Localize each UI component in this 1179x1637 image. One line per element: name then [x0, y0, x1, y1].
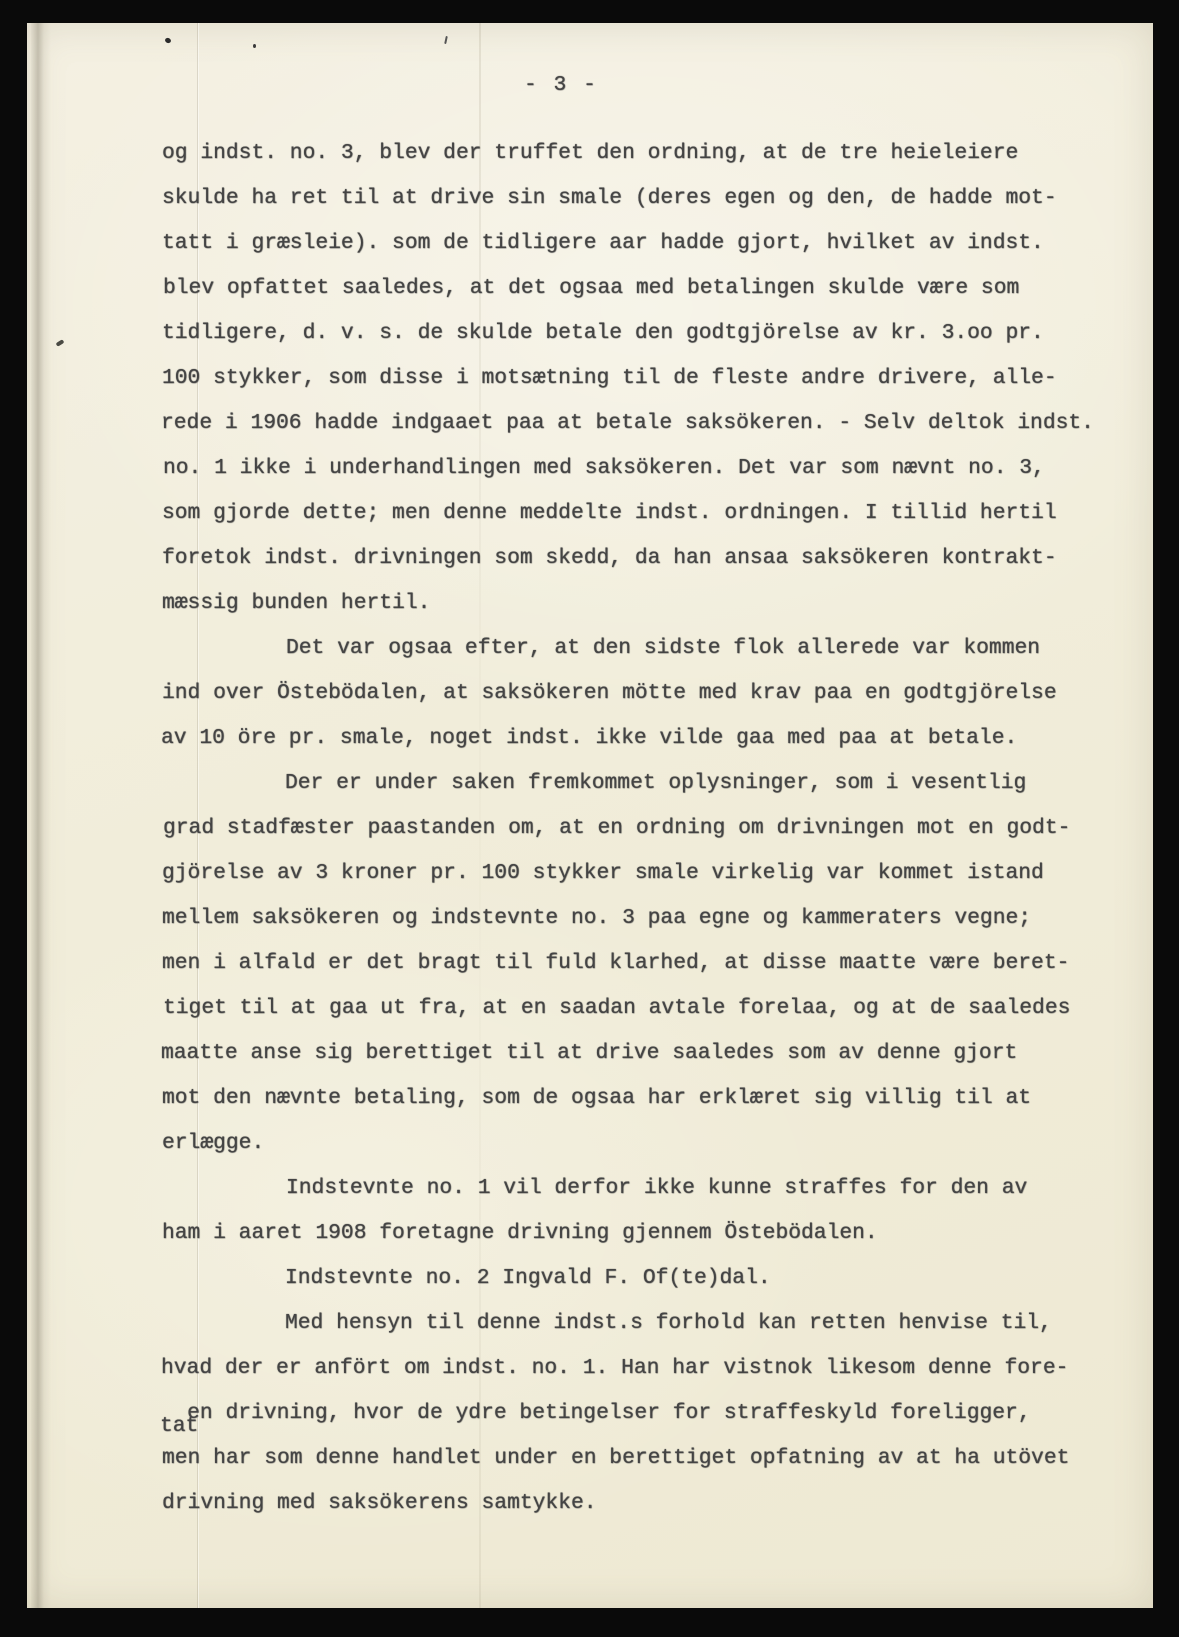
- document-page: - 3 - og indst. no. 3, blev der truffet …: [27, 23, 1153, 1608]
- text-line: tat en drivning, hvor de ydre betingelse…: [162, 1391, 1139, 1436]
- ink-speck: [444, 36, 448, 44]
- text-line: mot den nævnte betaling, som de ogsaa ha…: [162, 1076, 1139, 1121]
- text-line: gjörelse av 3 kroner pr. 100 stykker sma…: [162, 851, 1139, 896]
- text-line: Indstevnte no. 2 Ingvald F. Of(te)dal.: [162, 1256, 1139, 1301]
- text-line: drivning med saksökerens samtykke.: [162, 1481, 1139, 1526]
- text-line: og indst. no. 3, blev der truffet den or…: [162, 131, 1139, 176]
- dropped-typed-text: tat: [160, 1404, 198, 1449]
- text-line: men i alfald er det bragt til fuld klarh…: [162, 941, 1139, 986]
- text-line: av 10 öre pr. smale, noget indst. ikke v…: [161, 716, 1138, 761]
- ink-speck: [56, 339, 65, 347]
- text-line: men har som denne handlet under en beret…: [162, 1436, 1139, 1481]
- text-line: blev opfattet saaledes, at det ogsaa med…: [163, 266, 1140, 311]
- text-line: rede i 1906 hadde indgaaet paa at betale…: [161, 401, 1138, 446]
- text-line: grad stadfæster paastanden om, at en ord…: [163, 806, 1140, 851]
- text-line: mæssig bunden hertil.: [162, 581, 1139, 626]
- text-line: Indstevnte no. 1 vil derfor ikke kunne s…: [163, 1166, 1140, 1211]
- text-line: tidligere, d. v. s. de skulde betale den…: [162, 311, 1139, 356]
- text-line: Med hensyn til denne indst.s forhold kan…: [162, 1301, 1139, 1346]
- text-line: Det var ogsaa efter, at den sidste flok …: [163, 626, 1140, 671]
- text-line: tatt i græsleie). som de tidligere aar h…: [162, 221, 1139, 266]
- text-line: tiget til at gaa ut fra, at en saadan av…: [163, 986, 1140, 1031]
- paper-left-crease: [31, 23, 51, 1608]
- text-line: no. 1 ikke i underhandlingen med saksöke…: [163, 446, 1140, 491]
- ink-speck: [164, 37, 171, 44]
- text-line: ind over Östebödalen, at saksökeren mött…: [162, 671, 1139, 716]
- text-line: erlægge.: [162, 1121, 1139, 1166]
- text-line: maatte anse sig berettiget til at drive …: [161, 1031, 1138, 1076]
- text-line: skulde ha ret til at drive sin smale (de…: [162, 176, 1139, 221]
- document-text: og indst. no. 3, blev der truffet den or…: [162, 131, 1139, 1526]
- text-line: foretok indst. drivningen som skedd, da …: [162, 536, 1139, 581]
- text-line: ham i aaret 1908 foretagne drivning gjen…: [162, 1211, 1139, 1256]
- text-line: mellem saksökeren og indstevnte no. 3 pa…: [162, 896, 1139, 941]
- page-number: - 3 -: [524, 73, 598, 97]
- text-line: Der er under saken fremkommet oplysninge…: [162, 761, 1139, 806]
- ink-speck: [253, 44, 256, 48]
- text-line: hvad der er anfört om indst. no. 1. Han …: [161, 1346, 1138, 1391]
- text-line: 100 stykker, som disse i motsætning til …: [162, 356, 1139, 401]
- text-line: som gjorde dette; men denne meddelte ind…: [162, 491, 1139, 536]
